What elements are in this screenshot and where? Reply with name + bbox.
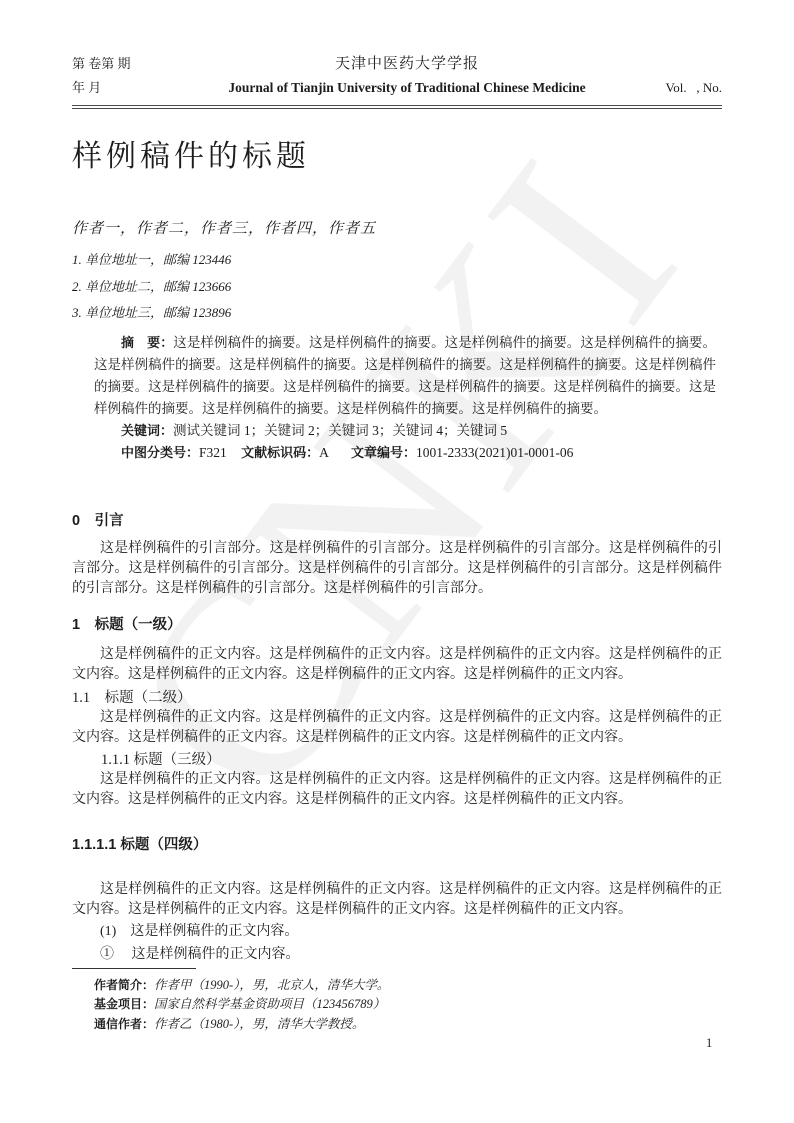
- footnote-funding: 基金项目：国家自然科学基金资助项目（123456789）: [72, 995, 722, 1015]
- page-number: 1: [706, 1036, 712, 1051]
- footnote-corresponding: 通信作者：作者乙（1980-），男，清华大学教授。: [72, 1015, 722, 1035]
- footnote-funding-text: 国家自然科学基金资助项目（123456789）: [154, 997, 385, 1011]
- keywords-line: 关键词：测试关键词 1；关键词 2；关键词 3；关键词 4；关键词 5: [94, 420, 716, 442]
- classification-line: 中图分类号：F321文献标识码：A文章编号：1001-2333(2021)01-…: [94, 442, 716, 464]
- section-1-1-paragraph: 这是样例稿件的正文内容。这是样例稿件的正文内容。这是样例稿件的正文内容。这是样例…: [72, 708, 722, 748]
- section-heading-0-intro: 0 引言: [72, 512, 722, 530]
- footnote-author-bio-label: 作者简介：: [94, 978, 154, 992]
- clc-value: F321: [199, 445, 227, 460]
- affiliation-3: 3. 单位地址三，邮编 123896: [72, 300, 722, 327]
- footnote-corresponding-text: 作者乙（1980-），男，清华大学教授。: [154, 1017, 364, 1031]
- abstract-label: 摘 要：: [121, 335, 173, 350]
- article-id-value: 1001-2333(2021)01-0001-06: [416, 445, 573, 460]
- affiliation-2: 2. 单位地址二，邮编 123666: [72, 274, 722, 301]
- affiliation-1: 1. 单位地址一，邮编 123446: [72, 247, 722, 274]
- section-heading-1-1: 1.1 标题（二级）: [72, 688, 722, 708]
- section-heading-1-1-1-1: 1.1.1.1 标题（四级）: [72, 836, 722, 854]
- section-heading-1: 1 标题（一级）: [72, 616, 722, 634]
- page-content: 第 卷第 期 天津中医药大学学报 年 月 Journal of Tianjin …: [0, 0, 794, 1034]
- abstract-block: 摘 要：这是样例稿件的摘要。这是样例稿件的摘要。这是样例稿件的摘要。这是样例稿件…: [94, 332, 716, 464]
- section-1-1-1-paragraph: 这是样例稿件的正文内容。这是样例稿件的正文内容。这是样例稿件的正文内容。这是样例…: [72, 770, 722, 810]
- abstract-paragraph: 摘 要：这是样例稿件的摘要。这是样例稿件的摘要。这是样例稿件的摘要。这是样例稿件…: [94, 332, 716, 420]
- footnote-author-bio-text: 作者甲（1990-），男，北京人，清华大学。: [154, 978, 389, 992]
- journal-title-en: Journal of Tianjin University of Traditi…: [202, 76, 612, 100]
- affiliation-list: 1. 单位地址一，邮编 123446 2. 单位地址二，邮编 123666 3.…: [72, 247, 722, 327]
- numbered-list-item-1: (1) 这是样例稿件的正文内容。: [72, 920, 722, 943]
- doc-code-value: A: [319, 445, 329, 460]
- article-title: 样例稿件的标题: [72, 139, 722, 175]
- footnote-author-bio: 作者简介：作者甲（1990-），男，北京人，清华大学。: [72, 976, 722, 996]
- running-head: 第 卷第 期 天津中医药大学学报 年 月 Journal of Tianjin …: [72, 0, 722, 109]
- running-head-row-1: 第 卷第 期 天津中医药大学学报: [72, 52, 722, 76]
- footnote-rule: [72, 968, 196, 969]
- vol-no-label: Vol. , No.: [612, 76, 722, 100]
- keywords-text: 测试关键词 1；关键词 2；关键词 3；关键词 4；关键词 5: [173, 423, 507, 438]
- article-id-label: 文章编号：: [351, 445, 416, 460]
- header-rule: [72, 105, 722, 109]
- keywords-label: 关键词：: [121, 423, 173, 438]
- issue-label: 第 卷第 期: [72, 52, 202, 76]
- circled-list-item-1: ① 这是样例稿件的正文内容。: [72, 943, 722, 966]
- section-1-1-1-1-paragraph: 这是样例稿件的正文内容。这是样例稿件的正文内容。这是样例稿件的正文内容。这是样例…: [72, 880, 722, 920]
- footnote-funding-label: 基金项目：: [94, 997, 154, 1011]
- author-list: 作者一，作者二，作者三，作者四，作者五: [72, 219, 722, 239]
- abstract-text: 这是样例稿件的摘要。这是样例稿件的摘要。这是样例稿件的摘要。这是样例稿件的摘要。…: [94, 335, 716, 416]
- section-1-paragraph: 这是样例稿件的正文内容。这是样例稿件的正文内容。这是样例稿件的正文内容。这是样例…: [72, 645, 722, 685]
- section-heading-1-1-1: 1.1.1 标题（三级）: [72, 750, 722, 770]
- running-head-row-2: 年 月 Journal of Tianjin University of Tra…: [72, 76, 722, 100]
- doc-code-label: 文献标识码：: [241, 445, 319, 460]
- footnote-corresponding-label: 通信作者：: [94, 1017, 154, 1031]
- footnote-block: 作者简介：作者甲（1990-），男，北京人，清华大学。 基金项目：国家自然科学基…: [72, 968, 722, 1035]
- intro-paragraph: 这是样例稿件的引言部分。这是样例稿件的引言部分。这是样例稿件的引言部分。这是样例…: [72, 539, 722, 599]
- journal-title-zh: 天津中医药大学学报: [202, 52, 612, 76]
- clc-label: 中图分类号：: [121, 445, 199, 460]
- journal-page: CNKI 第 卷第 期 天津中医药大学学报 年 月 Journal of Tia…: [0, 0, 794, 1123]
- date-label: 年 月: [72, 76, 202, 100]
